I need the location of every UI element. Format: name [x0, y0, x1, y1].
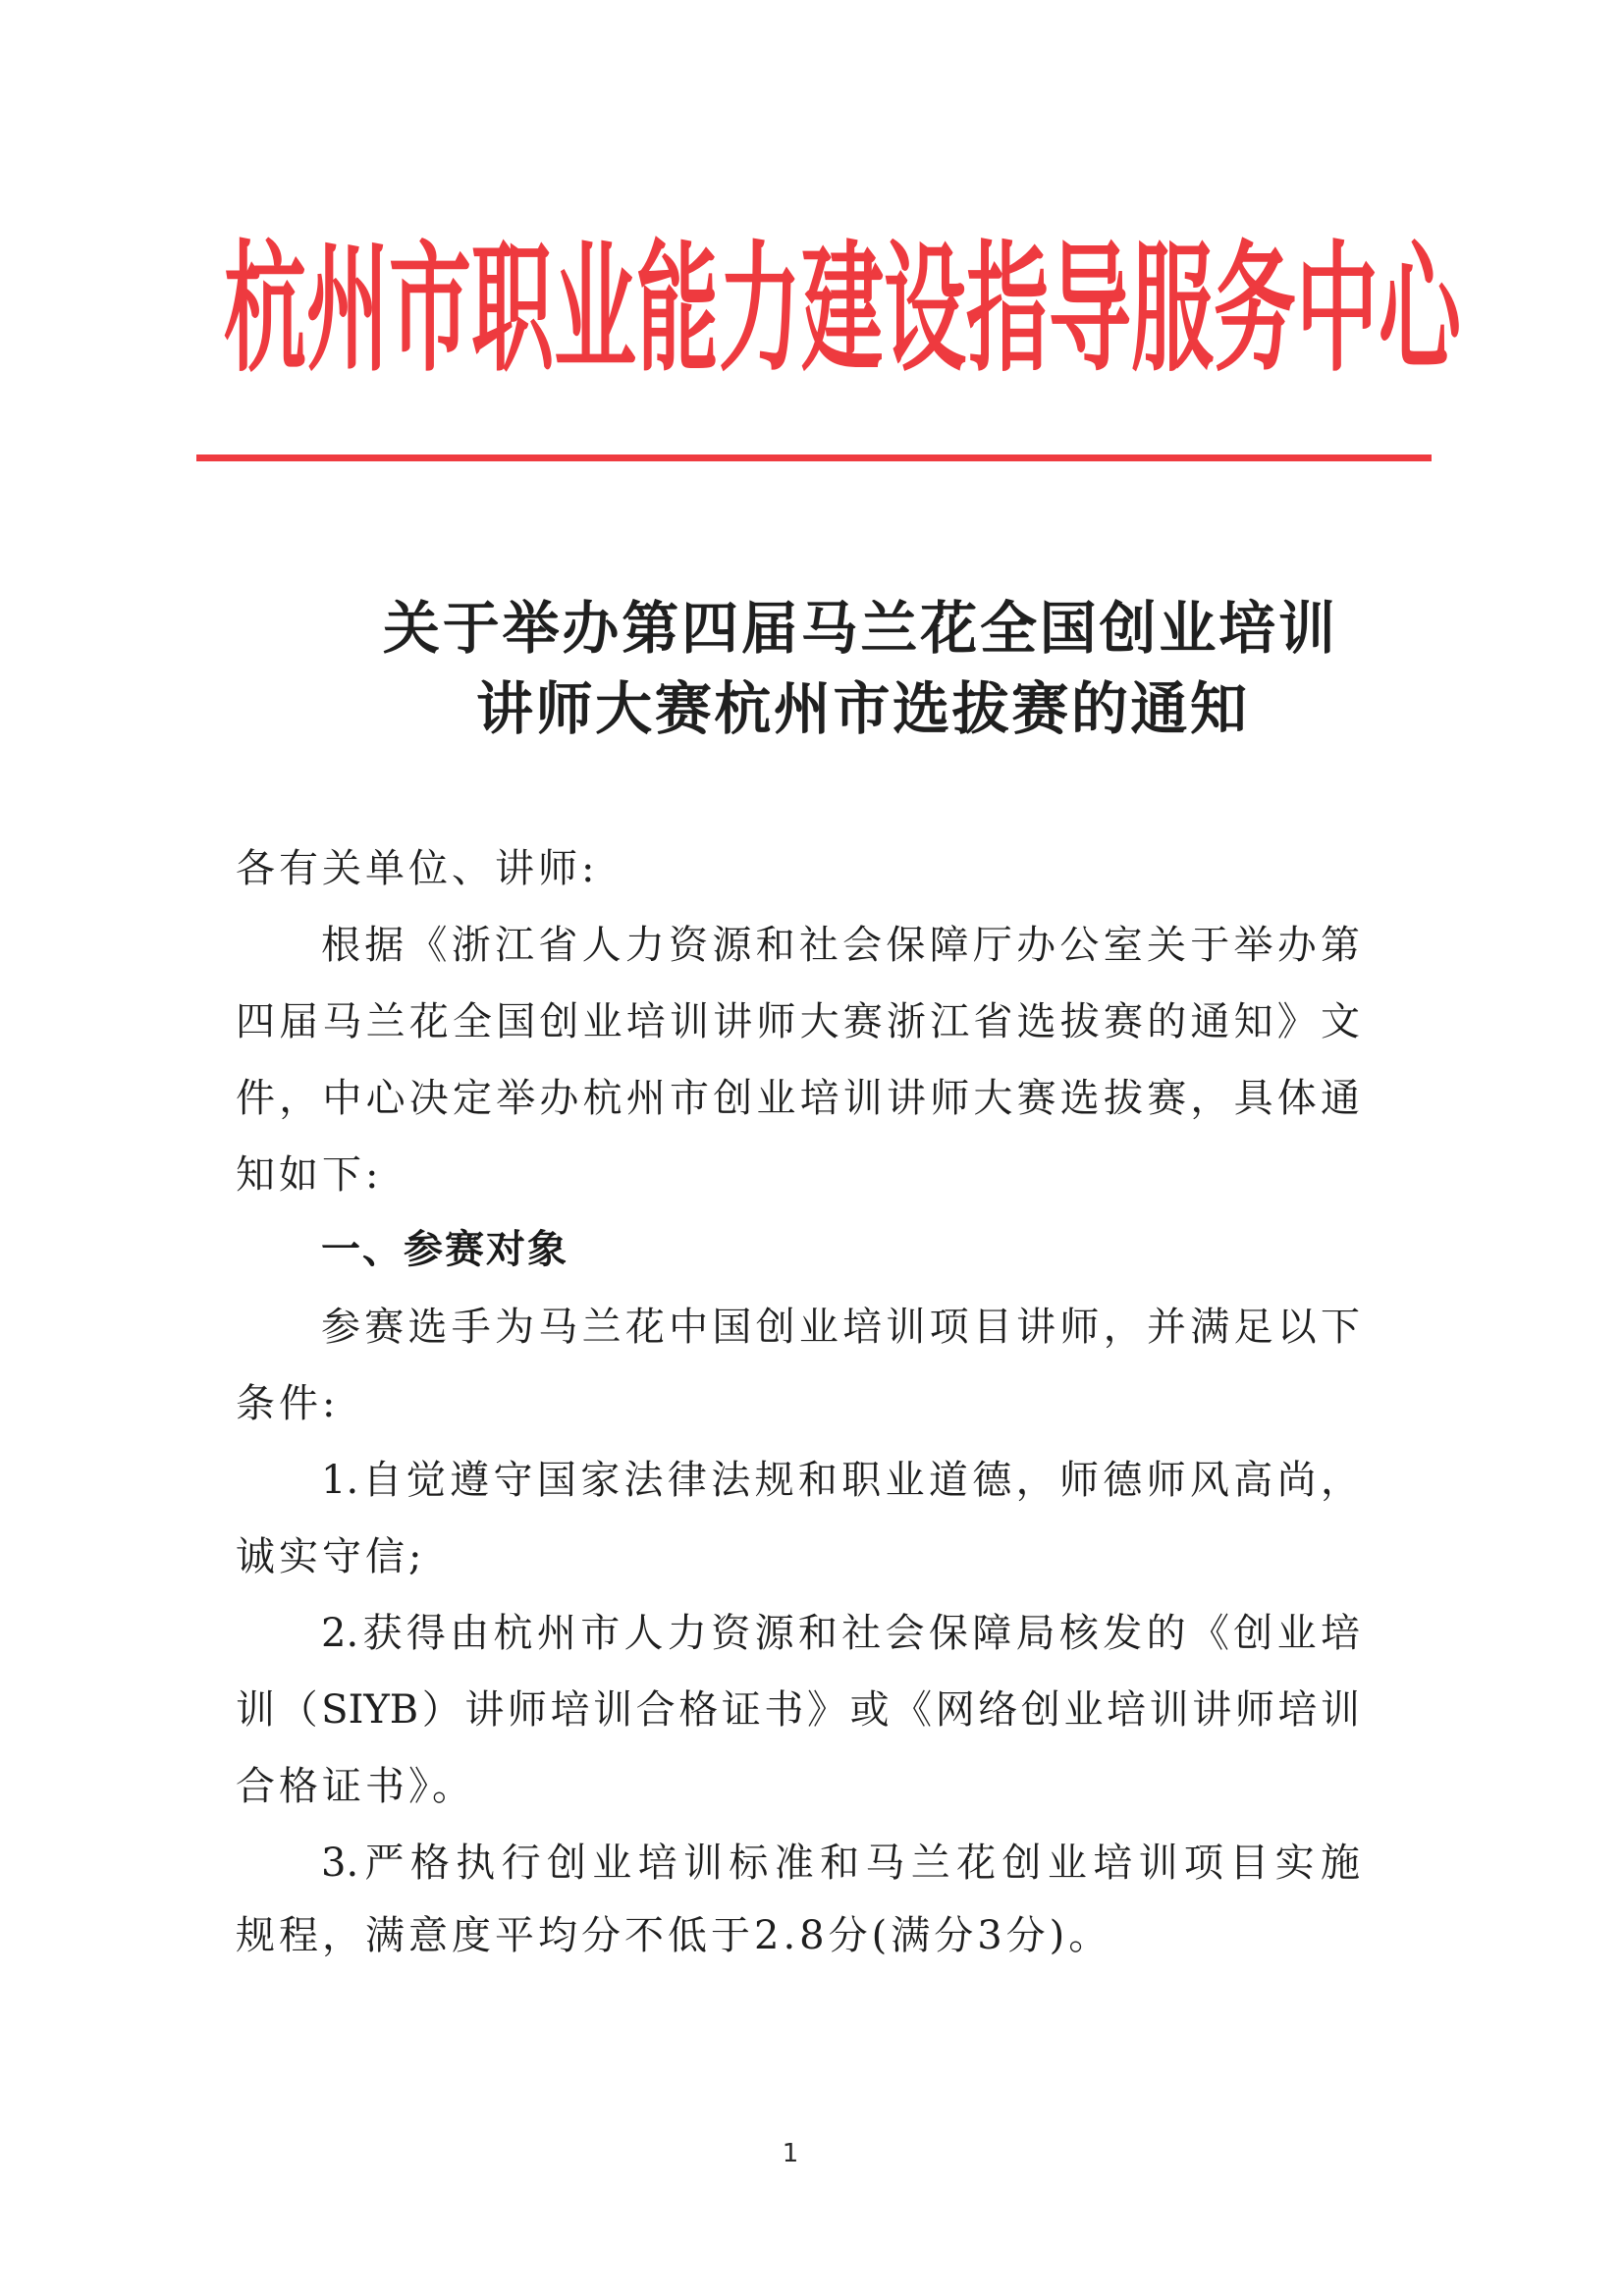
- condition-item-1-line-2: 诚实守信;: [236, 1535, 425, 1578]
- document-title-line-1: 关于举办第四届马兰花全国创业培训: [383, 599, 1335, 658]
- condition-item-3-line-1: 3.严格执行创业培训标准和马兰花创业培训项目实施: [321, 1842, 1360, 1885]
- section1-lead-line-1: 参赛选手为马兰花中国创业培训项目讲师，并满足以下: [321, 1306, 1360, 1349]
- intro-line-1: 根据《浙江省人力资源和社会保障厅办公室关于举办第: [321, 924, 1360, 967]
- salutation: 各有关单位、讲师:: [236, 847, 598, 890]
- condition-item-1-line-1: 1.自觉遵守国家法律法规和职业道德，师德师风高尚，: [321, 1459, 1360, 1502]
- document-page: 杭州市职业能力建设指导服务中心 关于举办第四届马兰花全国创业培训 讲师大赛杭州市…: [0, 0, 1623, 2296]
- letterhead: 杭州市职业能力建设指导服务中心: [224, 236, 1412, 383]
- letterhead-red-divider: [196, 454, 1432, 461]
- section1-lead-line-2: 条件:: [236, 1382, 339, 1425]
- document-title-line-2: 讲师大赛杭州市选拔赛的通知: [476, 679, 1247, 738]
- intro-line-4: 知如下:: [236, 1153, 382, 1197]
- condition-item-3-line-2: 规程，满意度平均分不低于2.8分(满分3分)。: [236, 1914, 1111, 1957]
- condition-item-2-line-3: 合格证书》。: [236, 1765, 475, 1808]
- section-heading-participants: 一、参赛对象: [321, 1228, 568, 1271]
- page-number: 1: [776, 2138, 805, 2169]
- intro-line-3: 件，中心决定举办杭州市创业培训讲师大赛选拔赛，具体通: [236, 1077, 1360, 1120]
- letterhead-organization-name: 杭州市职业能力建设指导服务中心: [224, 240, 1412, 380]
- condition-item-2-line-2: 训（SIYB）讲师培训合格证书》或《网络创业培训讲师培训: [236, 1688, 1360, 1732]
- intro-line-2: 四届马兰花全国创业培训讲师大赛浙江省选拔赛的通知》文: [236, 1000, 1360, 1043]
- condition-item-2-line-1: 2.获得由杭州市人力资源和社会保障局核发的《创业培: [321, 1612, 1360, 1655]
